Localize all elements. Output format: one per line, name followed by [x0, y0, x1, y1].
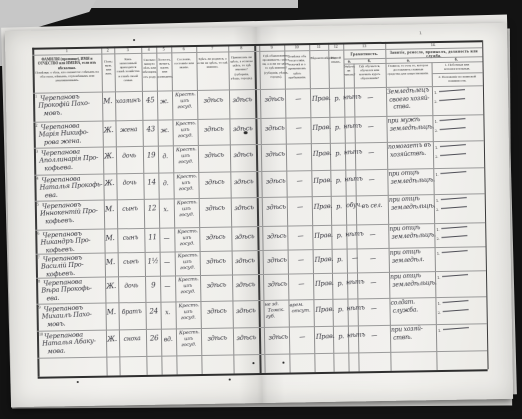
cell-relation: хозяинъ — [113, 97, 143, 106]
side-entry-number: 1. — [434, 119, 437, 123]
column-number: 1 — [66, 48, 68, 53]
cell-name: ева. — [45, 191, 58, 200]
cell-estate: Кресть. — [179, 329, 200, 336]
cell-name: рова жена. — [44, 137, 82, 147]
cell-side-dash: 1. — [435, 143, 466, 151]
cell-sex: М. — [105, 234, 114, 242]
header-name-rest: Помѣтки: о тѣхъ, кто окажется: слѣпымъ н… — [35, 70, 100, 83]
header-literacy-a: Умѣетъ ли читать? — [344, 64, 353, 77]
cell-occupation: земледѣл. — [392, 256, 425, 265]
row-number: 9 — [38, 305, 40, 310]
header-literacy-b: Гдѣ обучается, обучался или кончилъ курс… — [355, 64, 385, 81]
census-table: 1234567891011121314.ФАМИЛІЯ (прозвище), … — [32, 40, 487, 376]
cell-born: здѣсь — [198, 203, 232, 213]
cell-born: здѣсь — [198, 232, 232, 242]
cell-registered: здѣсь — [230, 256, 260, 266]
cell-name: Прокофій Пахо- — [38, 99, 90, 110]
side-entry-dash — [440, 171, 466, 174]
cell-estate: госуд. — [177, 103, 192, 110]
column-number: 7 — [211, 46, 213, 51]
cell-born: здѣсь — [200, 333, 234, 343]
cell-marital: д. — [157, 180, 173, 188]
ink-speck — [77, 381, 79, 383]
cell-name: мовъ. — [43, 109, 62, 118]
cell-born: здѣсь — [199, 280, 233, 290]
header-literacy-b-label: б. — [365, 58, 373, 63]
cell-estate: Кресть. — [176, 146, 197, 153]
cell-literacy-school: — — [356, 176, 386, 185]
header-occupation-b1: 1. Побочныя или вспомогательныя. — [433, 62, 482, 71]
side-entry-dash — [442, 250, 468, 253]
cell-registered: здѣсь — [229, 232, 259, 242]
cell-occupation: солдат. — [390, 298, 415, 306]
side-entry-number: 2. — [435, 155, 438, 159]
cell-marital: — — [159, 283, 175, 291]
header-marital: Холостъ, женатъ, вдовъ или разведенъ. — [157, 57, 171, 78]
cell-relation: дочь — [114, 179, 144, 188]
cell-literacy-school: — — [358, 279, 388, 288]
cell-side-dash: 2. — [438, 308, 469, 316]
header-name-bold: ФАМИЛІЯ (прозвище), ИМЯ и ОТЧЕСТВО или И… — [34, 57, 99, 71]
cell-born: здѣсь — [197, 124, 231, 134]
header-lang: Родной языкъ. — [329, 56, 342, 64]
cell-marital: х. — [158, 206, 174, 214]
cell-sex: Ж. — [104, 126, 114, 135]
row-number: 6 — [37, 231, 39, 236]
cell-relation: сынъ — [115, 205, 145, 214]
cell-estate: Кресть. — [175, 91, 196, 98]
side-entry-number: 2. — [436, 237, 439, 241]
cell-name: кофьевъ. — [45, 216, 74, 226]
cell-name: Наталья Прокофь- — [39, 180, 102, 191]
column-number: 12 — [334, 44, 338, 49]
cell-relation: сынъ — [115, 234, 145, 243]
side-entry-dash — [441, 206, 467, 209]
side-entry-number: 1. — [437, 275, 440, 279]
side-entry-number: 2. — [434, 100, 437, 104]
cell-literacy-school: — — [358, 255, 388, 264]
cell-estate: Кресть. — [177, 199, 198, 206]
cell-side-dash: 1. — [436, 196, 467, 204]
cell-marital: д. — [157, 153, 173, 161]
cell-side-dash: 1. — [437, 249, 468, 257]
header-age: Сколько минуло лѣтъ или мѣсяцевъ отъ род… — [142, 58, 156, 79]
cell-born: здѣсь — [200, 306, 234, 316]
cell-sex: М. — [107, 308, 116, 316]
row-number: 8 — [38, 279, 40, 284]
side-entry-number: 1. — [437, 301, 440, 305]
cell-sex: Ж. — [104, 152, 114, 161]
header-occupation-b2: 2. Положеніе по воинской повинности. — [433, 74, 482, 83]
cell-estate: Кресть. — [178, 252, 199, 259]
cell-side-dash: 1. — [437, 299, 468, 307]
cell-side-dash: 1. — [436, 225, 467, 233]
cell-marital: — — [158, 235, 174, 243]
cell-occupation: хозяйствѣ. — [390, 149, 426, 158]
cell-literacy-school: въ сел. — [357, 202, 387, 211]
side-entry-dash — [440, 153, 466, 156]
cell-estate: Кресть. — [175, 120, 196, 127]
cell-side-dash: 1. — [438, 326, 469, 334]
header-absence: Отмѣтка объ отсутствіи, отлучкѣ и о врем… — [285, 54, 308, 79]
cell-side-dash: 2. — [434, 97, 465, 105]
cell-relation: сынъ — [116, 258, 146, 267]
column-number: 2 — [107, 47, 109, 52]
cell-name: Наталья Абаку- — [42, 337, 96, 348]
cell-estate: госуд. — [181, 341, 196, 348]
header-literacy-title: Грамотность. — [343, 51, 385, 57]
ink-speck — [252, 362, 254, 364]
cell-side-dash: 1. — [434, 117, 465, 125]
header-estate: Сословіе, состояніе или званіе. — [172, 57, 195, 70]
cell-literacy-school: — — [356, 123, 386, 132]
row-number: 4 — [36, 176, 38, 181]
column-number: 3 — [127, 47, 129, 52]
column-number: 9 — [271, 45, 273, 50]
column-number: 11 — [317, 44, 321, 49]
row-number: 5 — [37, 202, 39, 207]
side-entry-dash — [439, 98, 465, 101]
cell-registered: здѣсь — [231, 333, 261, 343]
cell-registered: здѣсь — [228, 150, 258, 160]
header-occupation-a: Главное, то есть то, которое доставляетъ… — [387, 63, 430, 76]
side-entry-dash — [443, 327, 469, 330]
cell-resides: губ. — [266, 313, 276, 320]
cell-literacy-school: — — [356, 149, 386, 158]
cell-marital: вд. — [160, 336, 176, 344]
table-rule-horizontal — [36, 296, 486, 304]
cell-literacy-school: — — [357, 231, 387, 240]
side-entry-number: 1. — [437, 251, 440, 255]
header-relation: Какъ записанный приходится главѣ хозяйст… — [115, 57, 140, 82]
row-number: 10 — [39, 332, 43, 337]
cell-born: здѣсь — [196, 95, 230, 105]
row-number: 7 — [38, 255, 40, 260]
column-number: 13 — [362, 43, 366, 48]
cell-registered: здѣсь — [227, 95, 257, 105]
header-faith: Вѣроисповѣданіе. — [310, 56, 327, 60]
cell-estate: госуд. — [179, 185, 194, 192]
cell-name: ева. — [46, 294, 59, 303]
cell-estate: Кресть. — [176, 173, 197, 180]
folio-number: 1. — [419, 30, 422, 35]
column-number: 4 — [148, 47, 150, 52]
cell-side-dash: 2. — [436, 234, 467, 242]
cell-registered: здѣсь — [231, 306, 261, 316]
cell-marital: ж. — [157, 127, 173, 135]
cell-name: Вѣра Прокофь- — [41, 284, 92, 295]
cell-occupation: при хозяй- — [391, 325, 423, 334]
side-entry-dash — [440, 127, 466, 130]
cell-sex: М. — [103, 97, 112, 105]
side-entry-dash — [443, 309, 469, 312]
cell-born: здѣсь — [197, 150, 231, 160]
cell-relation: сноха — [117, 335, 147, 344]
cell-relation: жена — [114, 126, 144, 135]
header-literacy-a-label: а. — [345, 58, 353, 63]
cell-occupation: ствѣ. — [393, 333, 412, 341]
header-occupation-b-label: б. — [452, 56, 460, 61]
column-number: 10 — [295, 44, 299, 49]
cell-name: Михаилъ Пахо- — [42, 310, 92, 321]
cell-literacy-school: — — [355, 94, 385, 103]
side-entry-dash — [442, 274, 468, 277]
side-entry-dash — [441, 235, 467, 238]
side-entry-number: 1. — [436, 227, 439, 231]
cell-registered: здѣсь — [229, 203, 259, 213]
cell-relation: братъ — [117, 308, 147, 317]
cell-sex: М. — [105, 205, 114, 213]
side-entry-number: 1. — [435, 145, 438, 149]
cell-marital: — — [159, 259, 175, 267]
side-entry-number: 1. — [435, 172, 438, 176]
column-number: 14. — [431, 42, 436, 47]
cell-relation: дочь — [114, 152, 144, 161]
cell-estate: госуд. — [180, 288, 195, 295]
cell-side-dash: 2. — [436, 205, 467, 213]
side-entry-dash — [441, 226, 467, 229]
cell-born: здѣсь — [199, 256, 233, 266]
ledger-page-spread: 1. 1234567891011121314.ФАМИЛІЯ (прозвище… — [5, 23, 513, 407]
cell-literacy-school: — — [359, 332, 389, 341]
row-number: 3 — [36, 149, 38, 154]
cell-estate: госуд. — [181, 314, 196, 321]
side-entry-dash — [439, 118, 465, 121]
cell-estate: госуд. — [178, 132, 193, 139]
cell-estate: Кресть. — [178, 302, 199, 309]
cell-literacy-school: — — [359, 305, 389, 314]
cell-estate: госуд. — [180, 264, 195, 271]
cell-sex: Ж. — [104, 179, 114, 188]
census-ledger-scan: 1. 1234567891011121314.ФАМИЛІЯ (прозвище… — [0, 0, 522, 419]
cell-side-dash: 1. — [435, 170, 466, 178]
side-entry-number: 2. — [435, 129, 438, 133]
header-registered: Приписанъ ли здѣсь, а если не здѣсь, то … — [229, 55, 253, 80]
cell-relation: дочь — [116, 282, 146, 291]
column-number: 6 — [183, 46, 185, 51]
cell-estate: госуд. — [179, 240, 194, 247]
side-entry-dash — [442, 300, 468, 303]
side-entry-dash — [440, 144, 466, 147]
row-number: 2 — [35, 123, 37, 128]
cell-occupation: служба. — [393, 306, 419, 314]
cell-resides: Томск. — [268, 307, 285, 314]
cell-sex: М. — [106, 258, 115, 266]
row-number: 1 — [35, 94, 37, 99]
table-rule-horizontal — [37, 350, 487, 358]
cell-side-dash: 1. — [434, 88, 465, 96]
ink-speck — [229, 378, 231, 380]
header-sex: Полъ: муж. или жен. — [102, 59, 114, 76]
cell-name: мовъ. — [47, 320, 66, 329]
cell-estate: госуд. — [179, 211, 194, 218]
side-entry-number: 1. — [436, 198, 439, 202]
cell-absence: отсут. — [292, 308, 311, 315]
cell-born: здѣсь — [197, 177, 231, 187]
header-occupation-a-label: а. — [404, 57, 412, 62]
cell-occupation: ства. — [393, 103, 410, 111]
cell-side-dash: 1. — [437, 273, 468, 281]
cell-registered: здѣсь — [228, 177, 258, 187]
header-name: ФАМИЛІЯ (прозвище), ИМЯ и ОТЧЕСТВО или И… — [34, 57, 99, 84]
side-entry-dash — [439, 89, 465, 92]
cell-side-dash: 2. — [435, 152, 466, 160]
column-number: 8 — [240, 45, 242, 50]
side-entry-number: 2. — [436, 208, 439, 212]
ink-speck — [282, 362, 284, 364]
cell-sex: Ж. — [106, 282, 116, 291]
cell-name: мова. — [47, 347, 65, 356]
header-born: Здѣсь ли родился, а если не здѣсь, то гд… — [197, 57, 227, 70]
cell-marital: ж. — [156, 98, 172, 106]
cell-side-dash: 2. — [435, 126, 466, 134]
side-entry-number: 2. — [438, 311, 441, 315]
side-entry-number: 1. — [434, 90, 437, 94]
cell-marital: х. — [160, 309, 176, 317]
side-entry-dash — [441, 197, 467, 200]
side-entry-number: 1. — [438, 328, 441, 332]
cell-sex: Ж. — [107, 335, 117, 344]
cell-estate: Кресть. — [178, 276, 199, 283]
cell-name: кофьева. — [44, 163, 73, 173]
cell-estate: госуд. — [178, 158, 193, 165]
header-occupation-title: Занятіе, ремесло, промыслъ, должность ил… — [387, 49, 480, 59]
column-number: 5 — [163, 47, 165, 52]
cell-estate: Кресть. — [177, 228, 198, 235]
cell-registered: здѣсь — [230, 280, 260, 290]
ink-speck — [133, 39, 135, 41]
